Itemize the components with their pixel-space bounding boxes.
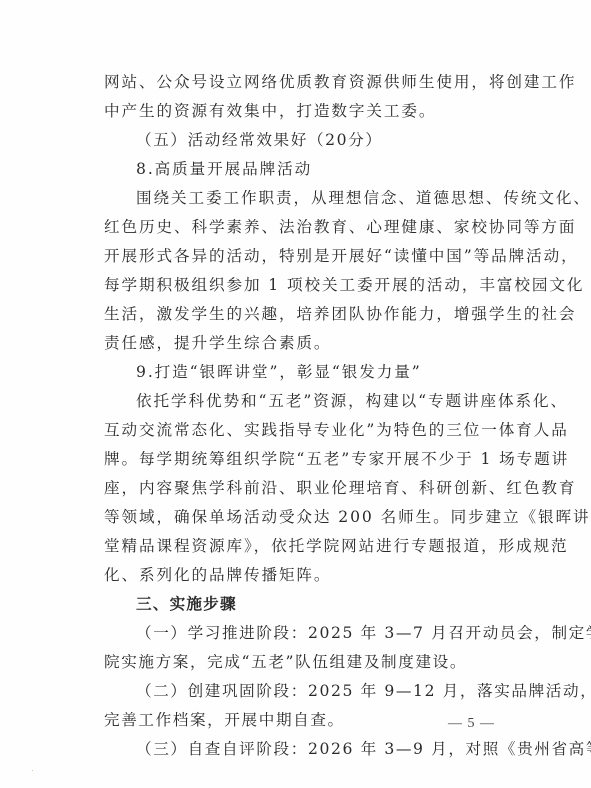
body-line: 依托学科优势和“五老”资源，构建以“专题讲座体系化、 <box>104 387 496 416</box>
page-content: 网站、公众号设立网络优质教育资源供师生使用，将创建工作 中产生的资源有效集中，打… <box>104 68 496 764</box>
body-line: 化、系列化的品牌传播矩阵。 <box>104 561 496 590</box>
document-page: 网站、公众号设立网络优质教育资源供师生使用，将创建工作 中产生的资源有效集中，打… <box>0 0 591 788</box>
page-number: — 5 — <box>448 716 495 732</box>
item-heading-9: 9.打造“银晖讲堂”，彰显“银发力量” <box>104 358 496 387</box>
item-heading-8: 8.高质量开展品牌活动 <box>104 155 496 184</box>
body-line: 红色历史、科学素养、法治教育、心理健康、家校协同等方面 <box>104 213 496 242</box>
body-line: 牌。每学期统筹组织学院“五老”专家开展不少于 1 场专题讲 <box>104 445 496 474</box>
stage-line: （二）创建巩固阶段：2025 年 9—12 月，落实品牌活动， <box>104 677 496 706</box>
body-line: 堂精品课程资源库》，依托学院网站进行专题报道，形成规范 <box>104 532 496 561</box>
body-line: 座，内容聚焦学科前沿、职业伦理培育、科研创新、红色教育 <box>104 474 496 503</box>
body-line: 围绕关工委工作职责，从理想信念、道德思想、传统文化、 <box>104 184 496 213</box>
subsection-heading: （五）活动经常效果好（20分） <box>104 126 496 155</box>
body-line: 开展形式各异的活动，特别是开展好“读懂中国”等品牌活动， <box>104 242 496 271</box>
stage-line: 完善工作档案，开展中期自查。 <box>104 706 496 735</box>
body-line: 中产生的资源有效集中，打造数字关工委。 <box>104 97 496 126</box>
stage-line: 院实施方案，完成“五老”队伍组建及制度建设。 <box>104 648 496 677</box>
body-line: 生活，激发学生的兴趣，培养团队协作能力，增强学生的社会 <box>104 300 496 329</box>
section-heading: 三、实施步骤 <box>104 590 496 619</box>
body-line: 互动交流常态化、实践指导专业化”为特色的三位一体育人品 <box>104 416 496 445</box>
body-line: 每学期积极组织参加 1 项校关工委开展的活动，丰富校园文化 <box>104 271 496 300</box>
body-line: 责任感，提升学生综合素质。 <box>104 329 496 358</box>
scan-speck <box>32 770 33 771</box>
stage-line: （三）自查自评阶段：2026 年 3—9 月，对照《贵州省高等 <box>104 735 496 764</box>
body-line: 等领域，确保单场活动受众达 200 名师生。同步建立《银晖讲 <box>104 503 496 532</box>
stage-line: （一）学习推进阶段：2025 年 3—7 月召开动员会，制定学 <box>104 619 496 648</box>
body-line: 网站、公众号设立网络优质教育资源供师生使用，将创建工作 <box>104 68 496 97</box>
